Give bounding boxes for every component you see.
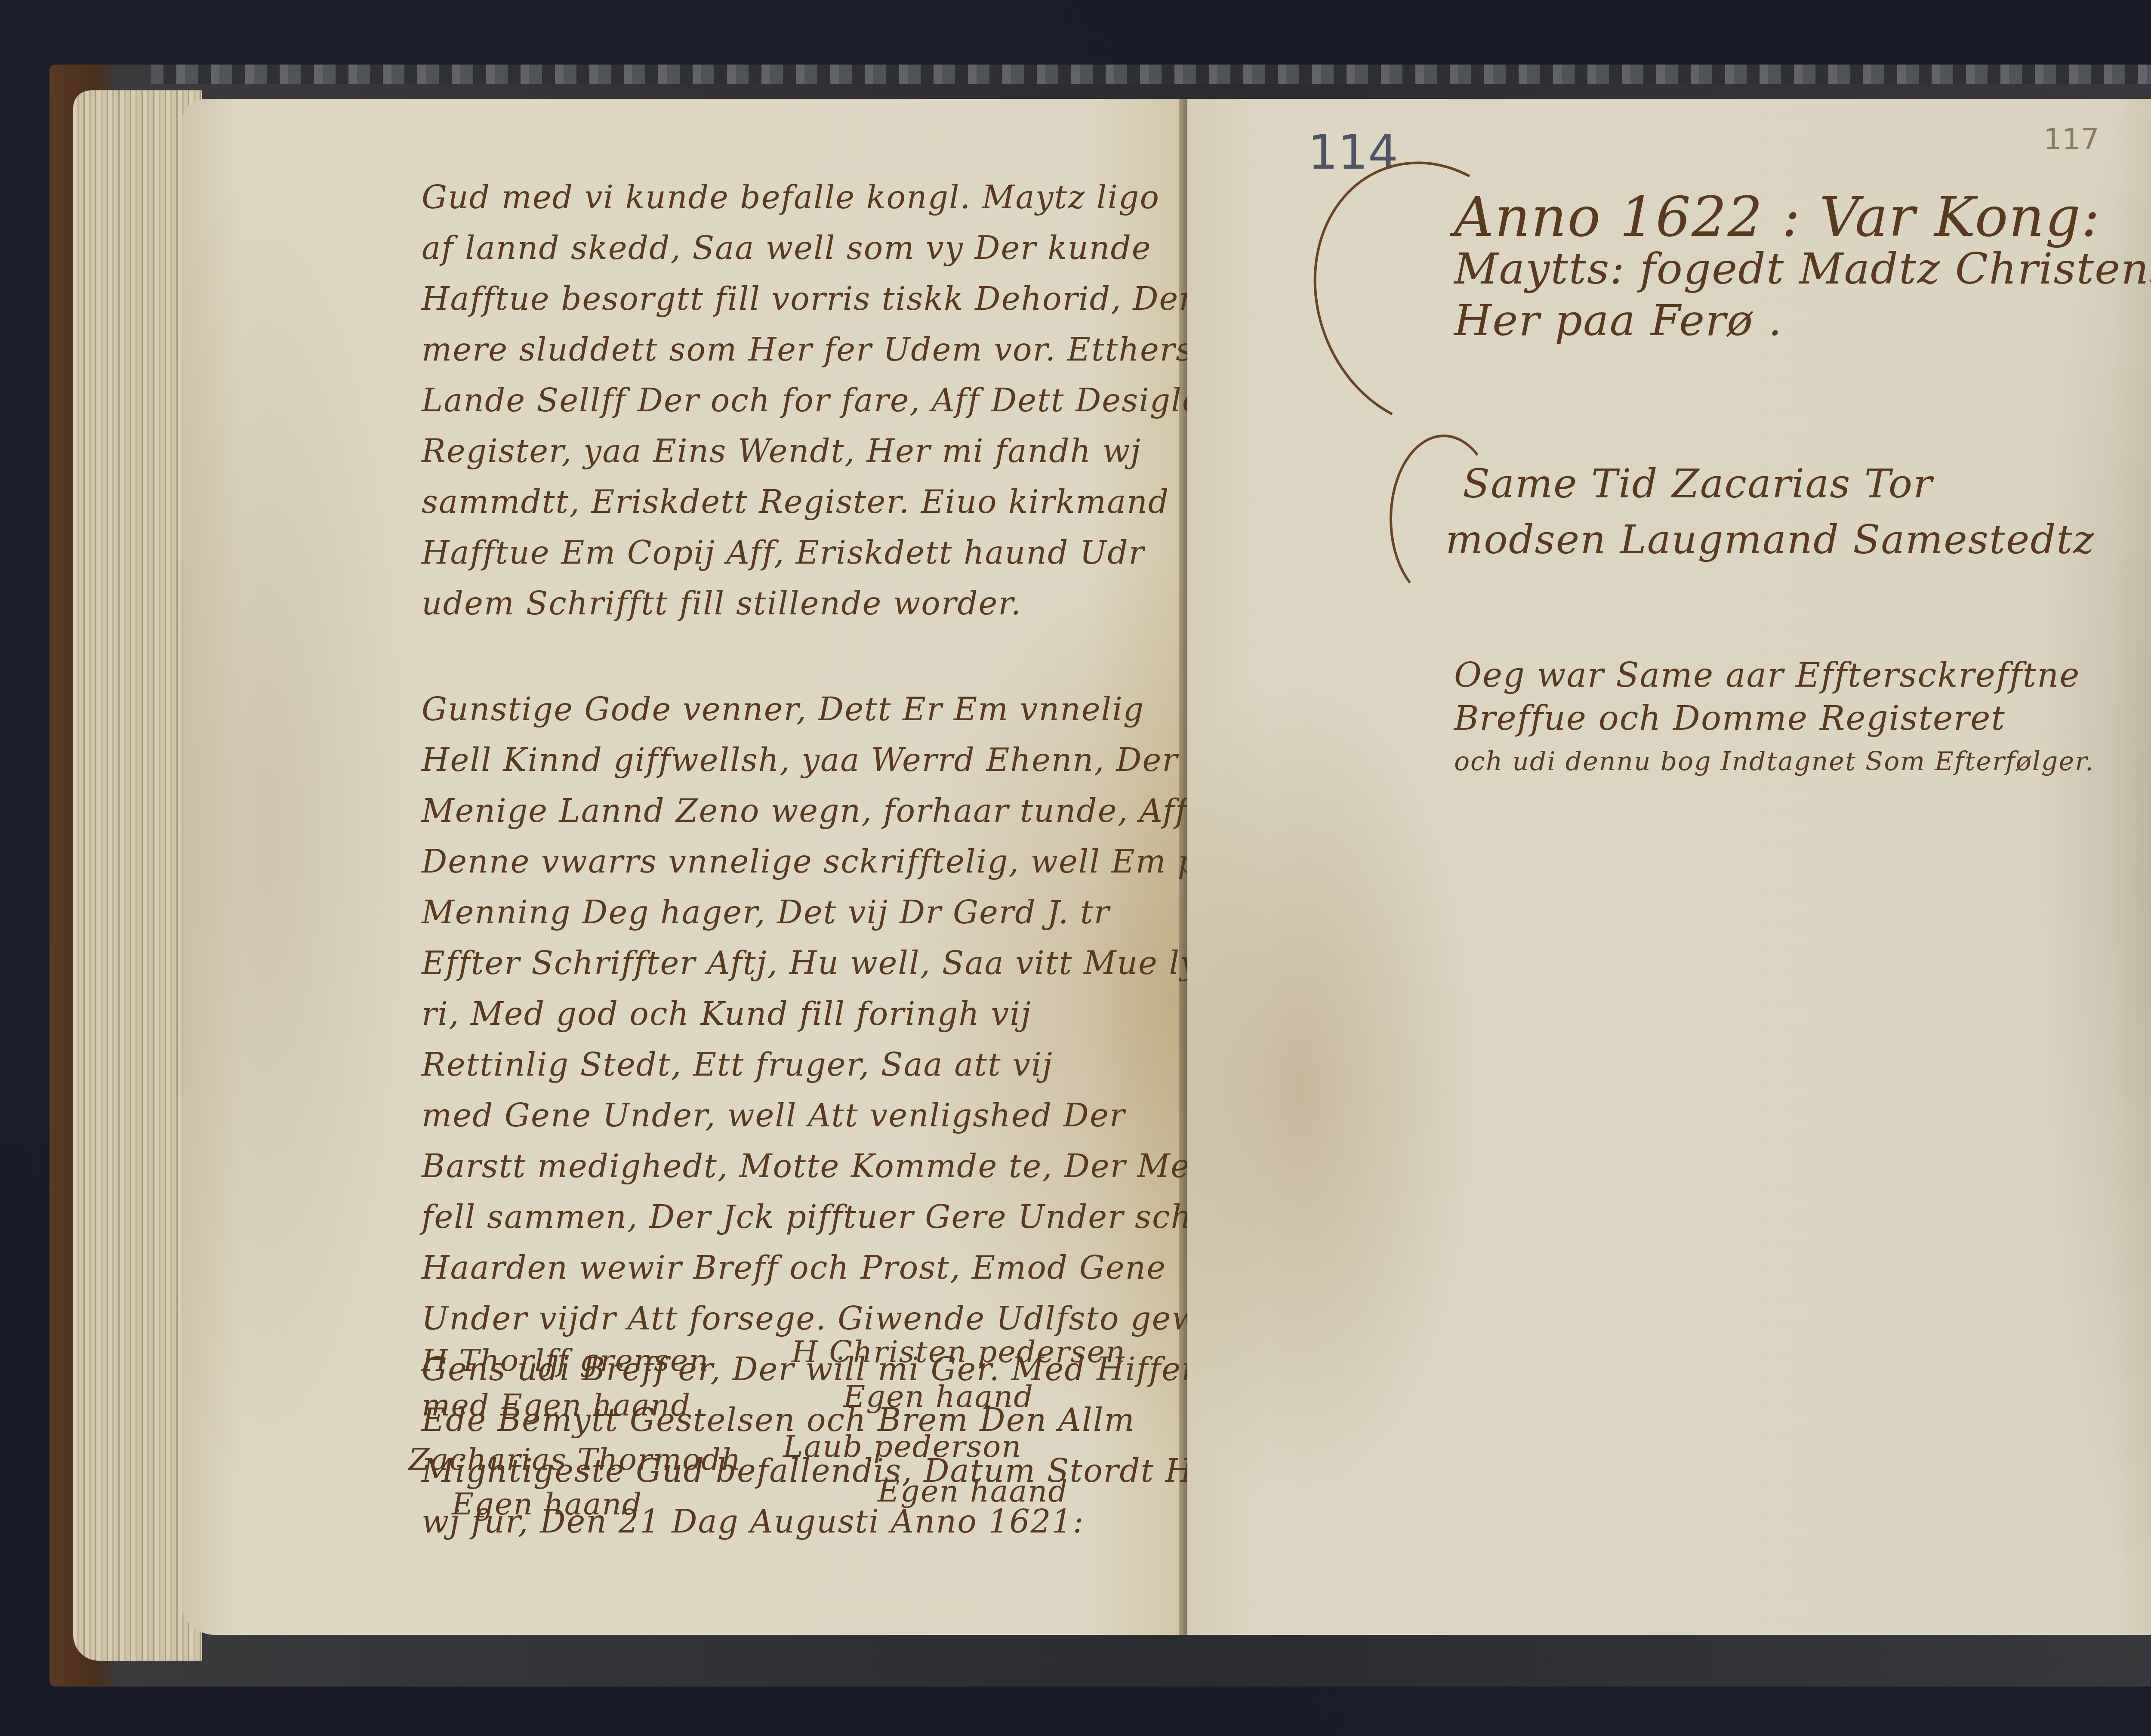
- signature-name: Laub pederson: [783, 1424, 1068, 1469]
- text-line: ri, Med god och Kund fill foringh vij: [422, 989, 1187, 1039]
- signature-name: H Christen pedersen: [792, 1329, 1126, 1374]
- cover-marbled-edge: [151, 65, 2151, 84]
- text-line: med Gene Under, well Att venligshed Der: [422, 1090, 1187, 1141]
- signature-2: H Christen pedersen Egen haand: [792, 1329, 1126, 1419]
- signature-subtitle: Egen haand: [409, 1482, 742, 1526]
- text-line: Same Tid Zacarias Tor: [1428, 456, 2095, 512]
- signature-name: Zacharias Thormodh: [409, 1437, 742, 1482]
- text-line: udem Schrifftt fill stillende worder.: [422, 578, 1187, 629]
- text-line: och udi dennu bog Indtagnet Som Efterføl…: [1428, 740, 2094, 783]
- left-page: Gud med vi kunde befalle kongl. Maytz li…: [181, 99, 1187, 1635]
- text-line: af lannd skedd, Saa well som vy Der kund…: [422, 223, 1187, 274]
- text-line: Rettinlig Stedt, Ett fruger, Saa att vij: [422, 1039, 1187, 1090]
- signature-name: H Thorlff grensen: [422, 1338, 709, 1383]
- right-page: 114 117 Anno 1622 : Var Kong: Maytts: fo…: [1187, 99, 2151, 1635]
- signature-3: Zacharias Thormodh Egen haand: [409, 1437, 742, 1526]
- text-line: fell sammen, Der Jck pifftuer Gere Under…: [422, 1192, 1187, 1243]
- text-line: Register, yaa Eins Wendt, Her mi fandh w…: [422, 426, 1187, 477]
- text-line: modsen Laugmand Samestedtz: [1428, 512, 2095, 568]
- heading-line: Her paa Ferø .: [1454, 295, 2151, 346]
- signature-subtitle: Egen haand: [792, 1374, 1126, 1419]
- text-line: Oeg war Same aar Efftersckrefftne: [1428, 654, 2094, 697]
- text-line: Menning Deg hager, Det vij Dr Gerd J. tr: [422, 887, 1187, 938]
- signature-subtitle: Egen haand: [783, 1469, 1068, 1514]
- folio-number-pencil: 117: [2043, 123, 2099, 157]
- entry-block-3: Oeg war Same aar Efftersckrefftne Breffu…: [1428, 654, 2094, 783]
- signature-4: Laub pederson Egen haand: [783, 1424, 1068, 1514]
- paragraph-gap: [422, 629, 1187, 684]
- text-line: Denne vwarrs vnnelige sckrifftelig, well…: [422, 836, 1187, 887]
- text-line: Hell Kinnd giffwellsh, yaa Werrd Ehenn, …: [422, 735, 1187, 786]
- text-line: Gud med vi kunde befalle kongl. Maytz li…: [422, 172, 1187, 223]
- text-line: Barstt medighedt, Motte Kommde te, Der M…: [422, 1141, 1187, 1192]
- heading-line: Maytts: fogedt Madtz Christensen:: [1454, 243, 2151, 295]
- text-line: Hafftue Em Copij Aff, Eriskdett haund Ud…: [422, 527, 1187, 578]
- signature-subtitle: med Egen haand: [422, 1383, 709, 1428]
- entry-block-2: Same Tid Zacarias Tor modsen Laugmand Sa…: [1428, 456, 2095, 568]
- text-line: Hafftue besorgtt fill vorris tiskk Dehor…: [422, 274, 1187, 324]
- heading-line: Anno 1622 : Var Kong:: [1454, 191, 2151, 243]
- signature-1: H Thorlff grensen med Egen haand: [422, 1338, 709, 1428]
- entry-heading: Anno 1622 : Var Kong: Maytts: fogedt Mad…: [1454, 191, 2151, 346]
- text-line: mere sluddett som Her fer Udem vor. Etth…: [422, 324, 1187, 375]
- text-line: Lande Sellff Der och for fare, Aff Dett …: [422, 375, 1187, 426]
- text-line: Effter Schriffter Aftj, Hu well, Saa vit…: [422, 938, 1187, 989]
- text-line: Breffue och Domme Registeret: [1428, 697, 2094, 740]
- text-line: Haarden wewir Breff och Prost, Emod Gene: [422, 1243, 1187, 1293]
- text-line: Gunstige Gode venner, Dett Er Em vnnelig: [422, 684, 1187, 735]
- text-line: sammdtt, Eriskdett Register. Eiuo kirkma…: [422, 477, 1187, 527]
- text-line: Menige Lannd Zeno wegn, forhaar tunde, A…: [422, 786, 1187, 836]
